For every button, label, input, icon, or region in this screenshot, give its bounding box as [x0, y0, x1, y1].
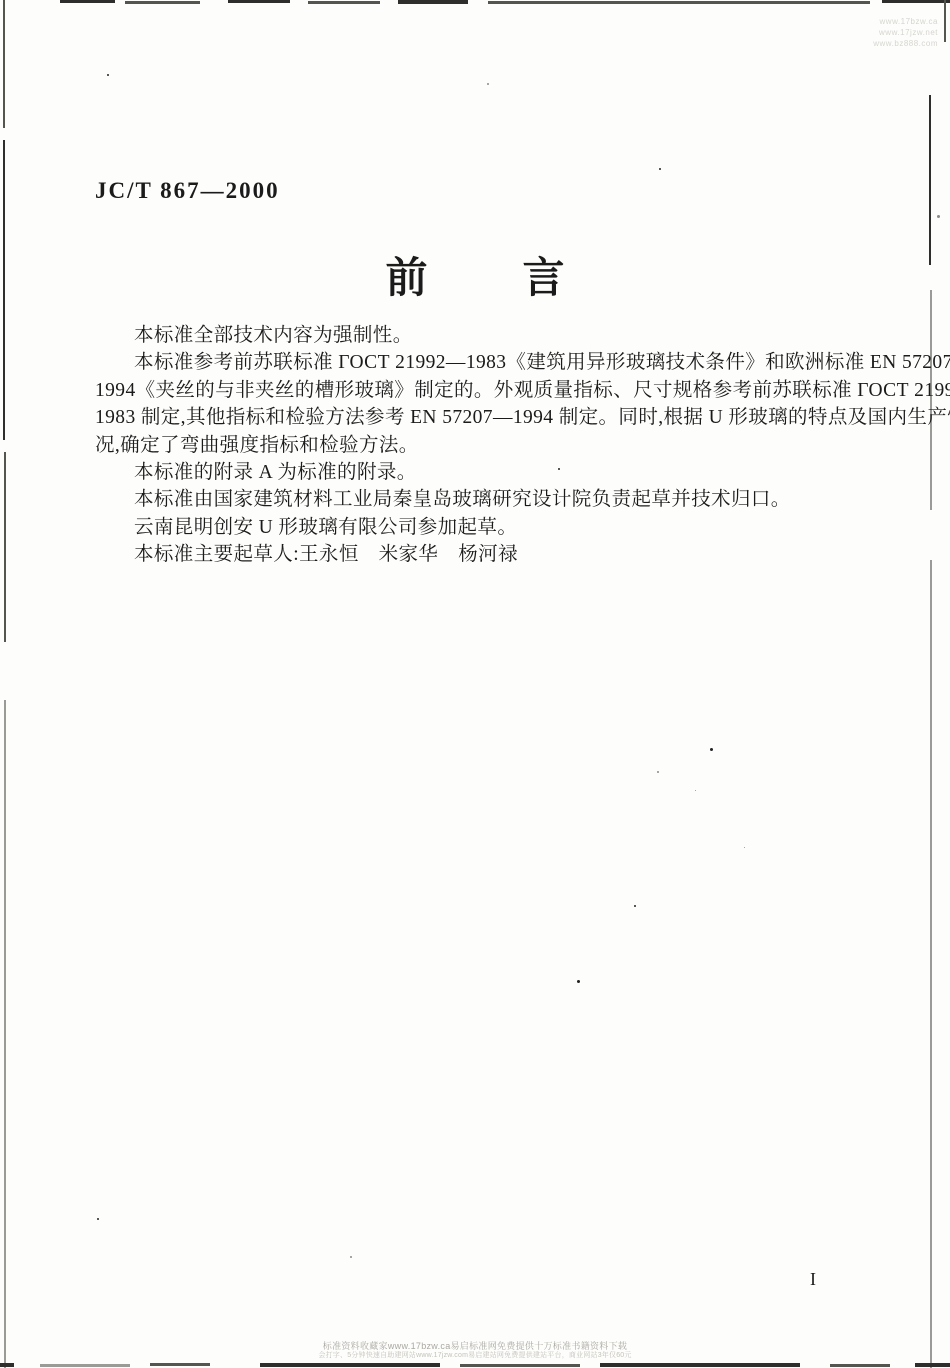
scan-edge-top: [398, 0, 468, 4]
scan-edge-top: [882, 0, 950, 3]
scan-speck: [577, 980, 580, 983]
scan-edge-left: [4, 452, 6, 642]
text-line: 云南昆明创安 U 形玻璃有限公司参加起草。: [95, 514, 865, 541]
text-line: 本标准由国家建筑材料工业局秦皇岛玻璃研究设计院负责起草并技术归口。: [95, 486, 865, 513]
scan-speck: [659, 168, 661, 170]
watermark-line: www.17jzw.net: [873, 27, 938, 38]
scan-edge-bottom: [830, 1364, 890, 1367]
watermark-line: www.bz888.com: [873, 38, 938, 49]
scan-edge-top: [228, 0, 290, 3]
page-number: I: [810, 1268, 816, 1290]
foreword-text: 本标准全部技术内容为强制性。 本标准参考前苏联标准 ГОСТ 21992—198…: [95, 322, 865, 569]
text-line: 本标准全部技术内容为强制性。: [95, 322, 865, 349]
scan-edge-bottom: [260, 1363, 440, 1367]
scan-edge-top: [60, 0, 115, 3]
footer-line: 标准资料收藏家www.17bzw.ca易启标准网免费提供十万标准书籍资料下载: [0, 1341, 950, 1351]
scan-edge-right: [944, 0, 946, 42]
footer-line: 会打字、5分钟快速自助建网站www.17jzw.com易启建站网免费提供建站平台…: [0, 1351, 950, 1360]
scan-speck: [558, 468, 560, 470]
scan-speck: [107, 74, 109, 76]
scan-speck: [744, 847, 745, 848]
text-line: 况,确定了弯曲强度指标和检验方法。: [95, 432, 865, 459]
standard-code: JC/T 867—2000: [95, 178, 280, 204]
scan-speck: [350, 1256, 352, 1258]
text-line: 本标准参考前苏联标准 ГОСТ 21992—1983《建筑用异形玻璃技术条件》和…: [95, 349, 865, 376]
scan-speck: [695, 790, 696, 791]
scan-edge-left: [3, 0, 5, 128]
scan-edge-top: [488, 1, 870, 4]
scan-edge-bottom: [0, 1363, 14, 1367]
scan-speck: [710, 748, 713, 751]
page-title: 前 言: [0, 256, 950, 302]
text-line: 本标准的附录 A 为标准的附录。: [95, 459, 865, 486]
scan-edge-bottom: [40, 1364, 130, 1367]
scanned-document-page: www.17bzw.ca www.17jzw.net www.bz888.com…: [0, 0, 950, 1368]
scan-edge-bottom: [915, 1363, 950, 1367]
scan-edge-top: [125, 1, 200, 4]
text-line: 本标准主要起草人:王永恒 米家华 杨河禄: [95, 541, 865, 568]
scan-speck: [634, 905, 636, 907]
scan-edge-bottom: [150, 1363, 210, 1366]
watermark: www.17bzw.ca www.17jzw.net www.bz888.com: [873, 16, 938, 49]
scan-speck: [487, 83, 489, 85]
scan-edge-left: [4, 700, 6, 1368]
scan-edge-right: [929, 95, 931, 265]
scan-speck: [97, 1218, 99, 1220]
text-line: 1983 制定,其他指标和检验方法参考 EN 57207—1994 制定。同时,…: [95, 404, 865, 431]
scan-edge-right: [930, 560, 932, 1368]
footer: 标准资料收藏家www.17bzw.ca易启标准网免费提供十万标准书籍资料下载 会…: [0, 1341, 950, 1360]
scan-edge-top: [308, 1, 380, 4]
scan-speck: [657, 771, 659, 773]
text-line: 1994《夹丝的与非夹丝的槽形玻璃》制定的。外观质量指标、尺寸规格参考前苏联标准…: [95, 377, 865, 404]
scan-edge-bottom: [600, 1363, 800, 1367]
title-char-qian: 前: [385, 256, 427, 302]
watermark-line: www.17bzw.ca: [873, 16, 938, 27]
title-char-yan: 言: [523, 256, 565, 302]
scan-speck: [937, 215, 940, 218]
scan-edge-bottom: [460, 1364, 580, 1367]
